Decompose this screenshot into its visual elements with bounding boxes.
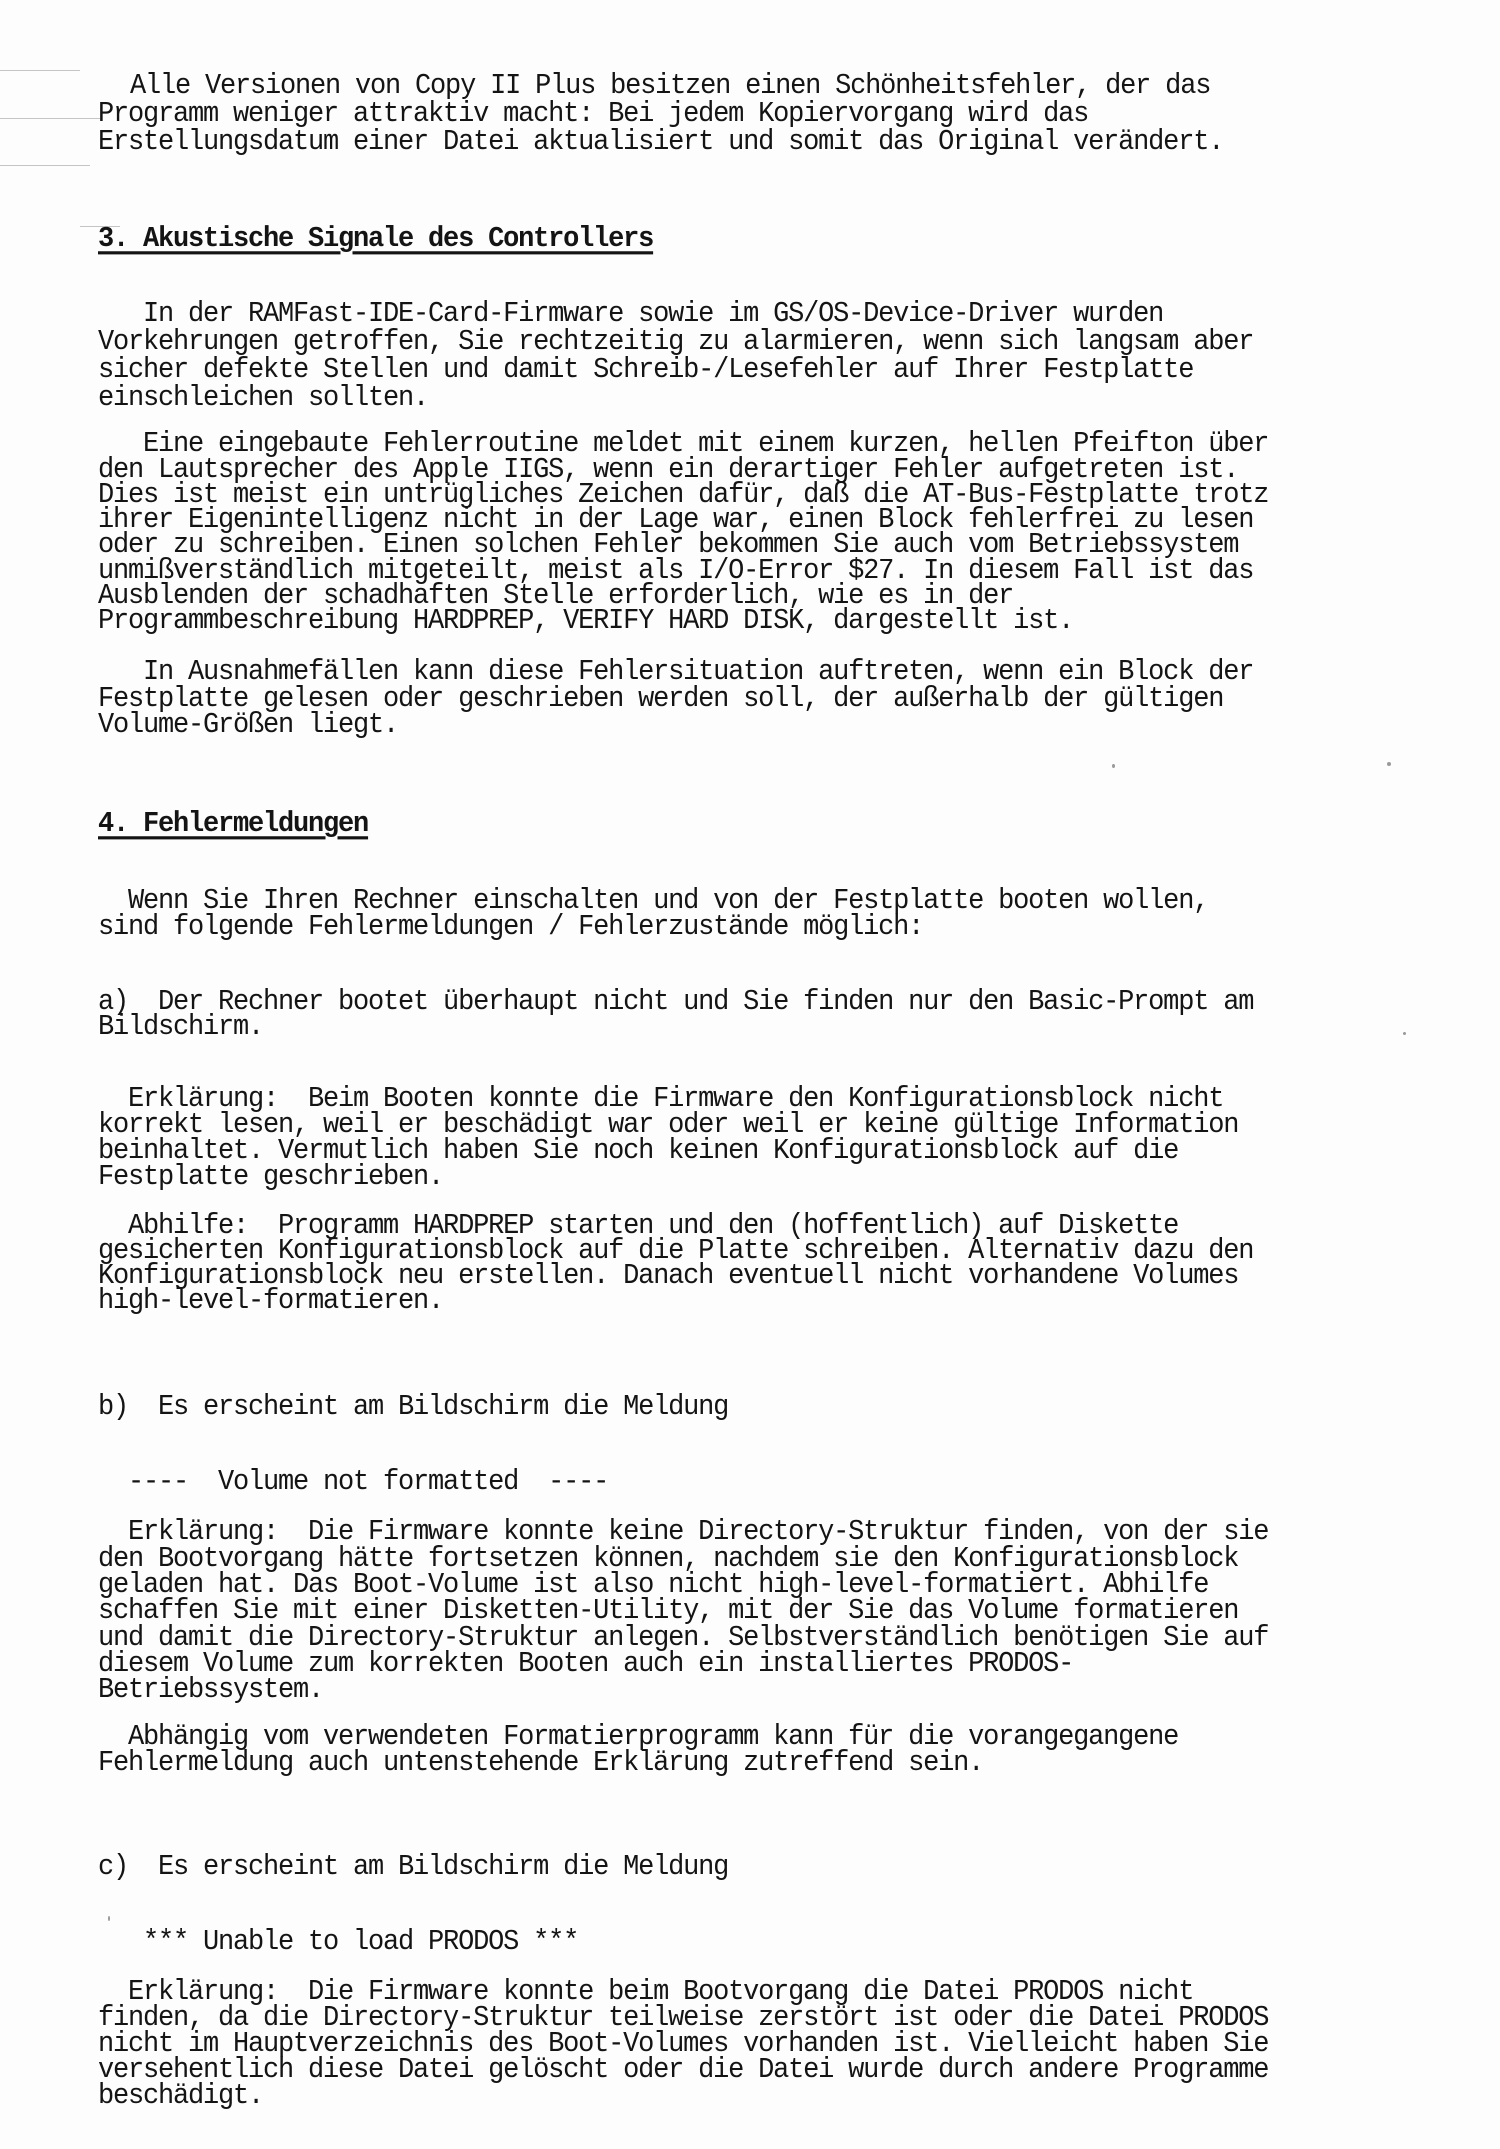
case-c-erklaerung-line: beschädigt. (98, 2082, 263, 2111)
case-b-title: b) Es erscheint am Bildschirm die Meldun… (98, 1393, 728, 1422)
scan-artifact (1387, 762, 1391, 766)
case-b-note-line: Fehlermeldung auch untenstehende Erkläru… (98, 1749, 983, 1778)
intro-line: Programm weniger attraktiv macht: Bei je… (98, 100, 1088, 129)
scan-artifact (0, 118, 100, 119)
scan-artifact (1112, 764, 1115, 768)
section-3-paragraph-2-line: Programmbeschreibung HARDPREP, VERIFY HA… (98, 607, 1073, 636)
case-a-erklaerung-line: Festplatte geschrieben. (98, 1163, 443, 1192)
section-3-paragraph-1-line: sicher defekte Stellen und damit Schreib… (98, 356, 1193, 385)
section-3-heading: 3. Akustische Signale des Controllers (98, 225, 653, 254)
intro-line: Alle Versionen von Copy II Plus besitzen… (100, 72, 1210, 101)
intro-line: Erstellungsdatum einer Datei aktualisier… (98, 128, 1223, 157)
section-3-paragraph-1-line: einschleichen sollten. (98, 384, 428, 413)
case-a-title-line: Bildschirm. (98, 1013, 263, 1042)
scan-artifact (0, 165, 90, 166)
case-b-screen-message: ---- Volume not formatted ---- (98, 1468, 608, 1497)
scan-artifact (108, 1916, 110, 1921)
case-c-erklaerung-line: versehentlich diese Datei gelöscht oder … (98, 2056, 1268, 2085)
section-3-paragraph-3-line: Volume-Größen liegt. (98, 711, 398, 740)
case-a-abhilfe-line: high-level-formatieren. (98, 1287, 443, 1316)
case-a-title-line: a) Der Rechner bootet überhaupt nicht un… (98, 988, 1253, 1017)
section-4-heading: 4. Fehlermeldungen (98, 810, 368, 839)
case-b-erklaerung-line: Betriebssystem. (98, 1676, 323, 1705)
scan-artifact (0, 70, 80, 71)
section-4-intro-line: sind folgende Fehlermeldungen / Fehlerzu… (98, 913, 923, 942)
case-c-screen-message: *** Unable to load PRODOS *** (98, 1928, 578, 1957)
section-3-paragraph-1-line: Vorkehrungen getroffen, Sie rechtzeitig … (98, 328, 1253, 357)
section-3-paragraph-1-line: In der RAMFast-IDE-Card-Firmware sowie i… (98, 300, 1163, 329)
scanned-document-page: Alle Versionen von Copy II Plus besitzen… (0, 0, 1500, 2149)
scan-artifact (1403, 1032, 1406, 1035)
case-c-title: c) Es erscheint am Bildschirm die Meldun… (98, 1853, 728, 1882)
